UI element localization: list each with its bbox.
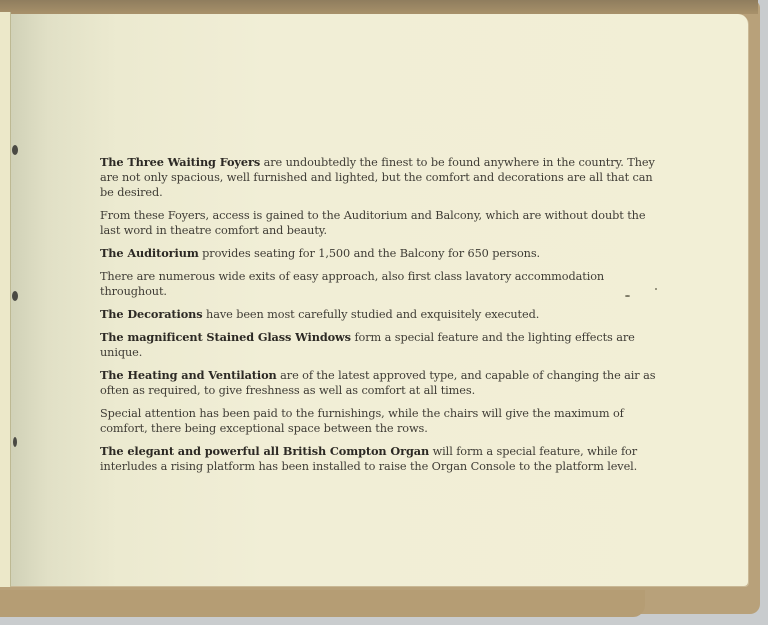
paragraph-lead: The elegant and powerful all British Com… bbox=[100, 444, 429, 458]
paragraph-windows: The magnificent Stained Glass Windows fo… bbox=[100, 330, 665, 360]
paragraph-access: From these Foyers, access is gained to t… bbox=[100, 208, 665, 238]
paragraph-heating: The Heating and Ventilation are of the l… bbox=[100, 368, 665, 398]
paragraph-furnishings: Special attention has been paid to the f… bbox=[100, 406, 665, 436]
card-bottom-tab bbox=[0, 590, 645, 617]
card-top-edge bbox=[0, 0, 758, 14]
document-body: The Three Waiting Foyers are undoubtedly… bbox=[100, 155, 665, 482]
paragraph-text: There are numerous wide exits of easy ap… bbox=[100, 270, 604, 298]
paragraph-lead: The Auditorium bbox=[100, 246, 199, 260]
paragraph-lead: The Three Waiting Foyers bbox=[100, 155, 260, 169]
paragraph-text: From these Foyers, access is gained to t… bbox=[100, 209, 645, 237]
paragraph-text: Special attention has been paid to the f… bbox=[100, 407, 624, 435]
paragraph-lead: The Heating and Ventilation bbox=[100, 368, 277, 382]
paragraph-decorations: The Decorations have been most carefully… bbox=[100, 307, 665, 322]
paragraph-text: provides seating for 1,500 and the Balco… bbox=[199, 247, 540, 260]
paragraph-organ: The elegant and powerful all British Com… bbox=[100, 444, 665, 474]
paragraph-exits: There are numerous wide exits of easy ap… bbox=[100, 269, 665, 299]
paragraph-auditorium: The Auditorium provides seating for 1,50… bbox=[100, 246, 665, 261]
paragraph-text: have been most carefully studied and exq… bbox=[203, 308, 540, 321]
binding-hole bbox=[12, 291, 18, 301]
paragraph-lead: The magnificent Stained Glass Windows bbox=[100, 330, 351, 344]
binding-hole bbox=[13, 437, 17, 447]
binding-hole bbox=[12, 145, 18, 155]
paragraph-lead: The Decorations bbox=[100, 307, 203, 321]
previous-page-edge bbox=[0, 12, 11, 587]
paragraph-foyers: The Three Waiting Foyers are undoubtedly… bbox=[100, 155, 665, 200]
